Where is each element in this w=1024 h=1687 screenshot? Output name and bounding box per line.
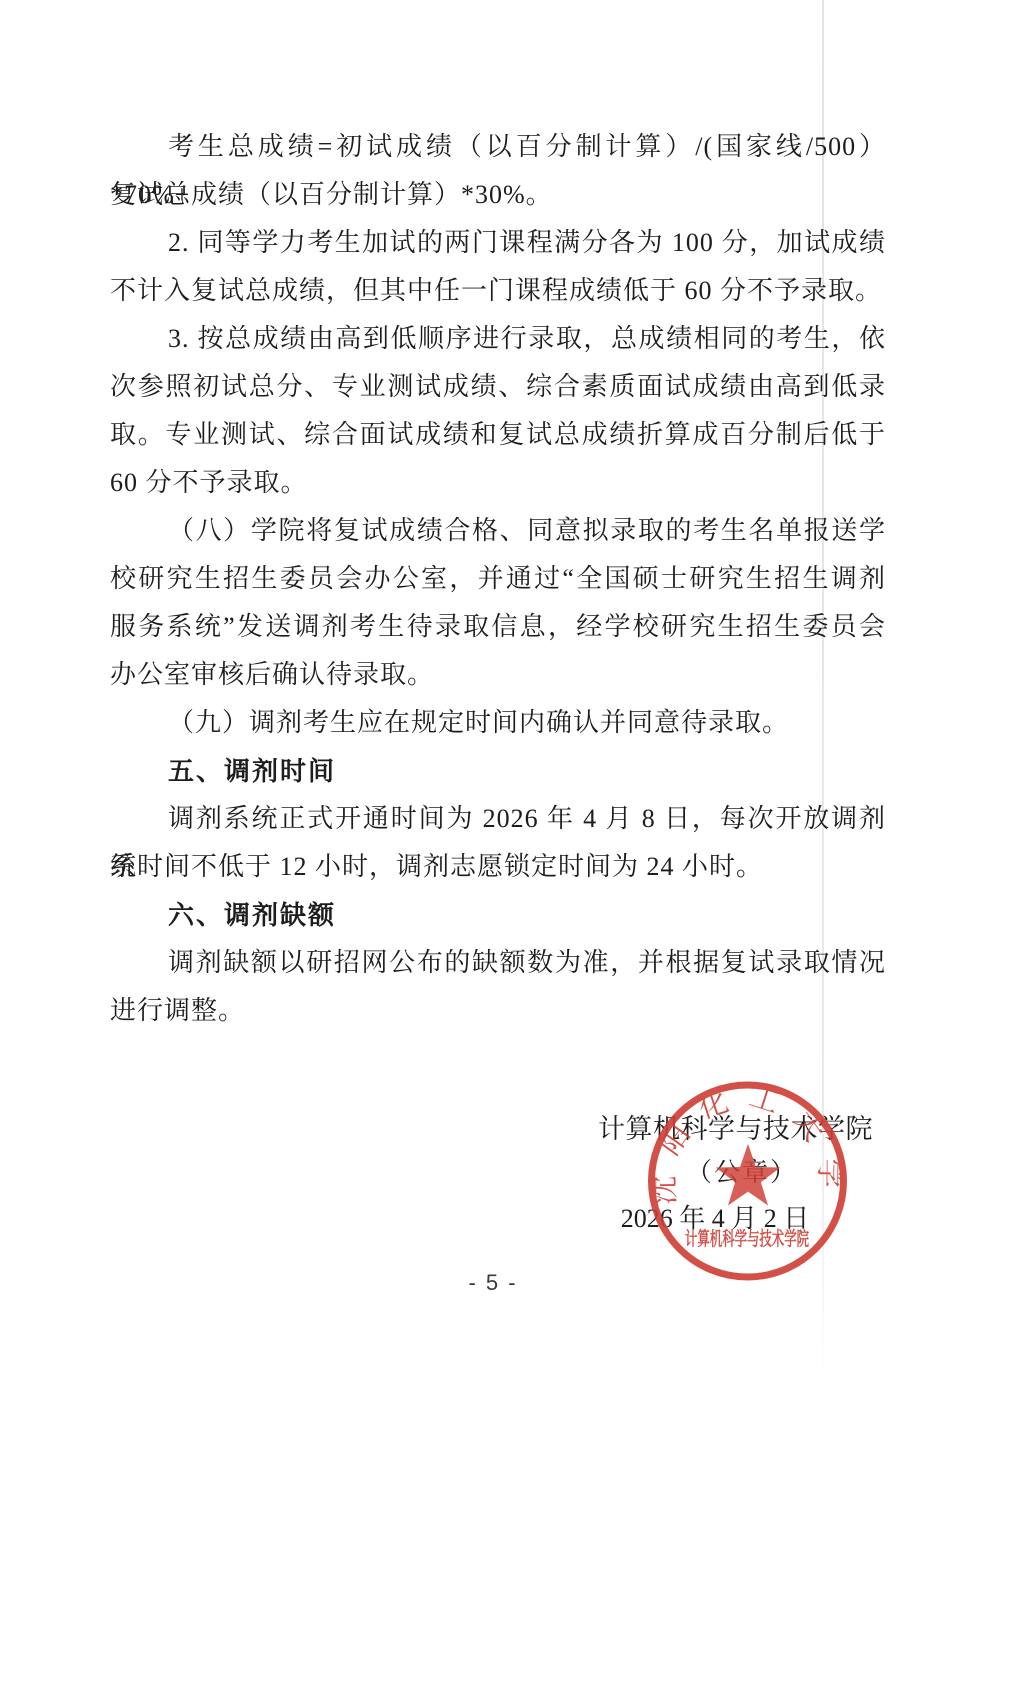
signature-date: 2026 年 4 月 2 日 (621, 1198, 810, 1235)
signature-organization: 计算机科学与技术学院 (598, 1107, 873, 1146)
document-line: 60 分不予录取。 (110, 459, 886, 507)
document-line: 不计入复试总成绩，但其中任一门课程成绩低于 60 分不予录取。 (110, 267, 886, 315)
section-heading: 六、调剂缺额 (110, 891, 886, 939)
document-line: 进行调整。 (110, 987, 886, 1035)
signature-seal-note: （公章） (686, 1152, 798, 1189)
section-heading: 五、调剂时间 (110, 747, 886, 795)
document-line: 调剂缺额以研招网公布的缺额数为准，并根据复试录取情况 (110, 939, 886, 987)
document-line: 2. 同等学力考生加试的两门课程满分各为 100 分，加试成绩 (110, 219, 886, 267)
page-number: - 5 - (468, 1270, 517, 1296)
document-line: （八）学院将复试成绩合格、同意拟录取的考生名单报送学 (110, 507, 886, 555)
document-line: 3. 按总成绩由高到低顺序进行录取，总成绩相同的考生，依 (110, 315, 886, 363)
document-line: 办公室审核后确认待录取。 (110, 651, 886, 699)
document-line: 服务系统”发送调剂考生待录取信息，经学校研究生招生委员会 (110, 603, 886, 651)
document-body: 考生总成绩=初试成绩（以百分制计算）/(国家线/500）*70%+ 复试总成绩（… (110, 123, 886, 1035)
document-line: （九）调剂考生应在规定时间内确认并同意待录取。 (110, 699, 886, 747)
document-line: 校研究生招生委员会办公室，并通过“全国硕士研究生招生调剂 (110, 555, 886, 603)
document-line: 取。专业测试、综合面试成绩和复试总成绩折算成百分制后低于 (110, 411, 886, 459)
document-line: 复试总成绩（以百分制计算）*30%。 (110, 171, 886, 219)
document-line: 次参照初试总分、专业测试成绩、综合素质面试成绩由高到低录 (110, 363, 886, 411)
document-line: 统时间不低于 12 小时，调剂志愿锁定时间为 24 小时。 (110, 843, 886, 891)
document-line: 考生总成绩=初试成绩（以百分制计算）/(国家线/500）*70%+ (110, 123, 886, 171)
document-line: 调剂系统正式开通时间为 2026 年 4 月 8 日，每次开放调剂系 (110, 795, 886, 843)
document-page: 考生总成绩=初试成绩（以百分制计算）/(国家线/500）*70%+ 复试总成绩（… (0, 0, 1024, 1687)
